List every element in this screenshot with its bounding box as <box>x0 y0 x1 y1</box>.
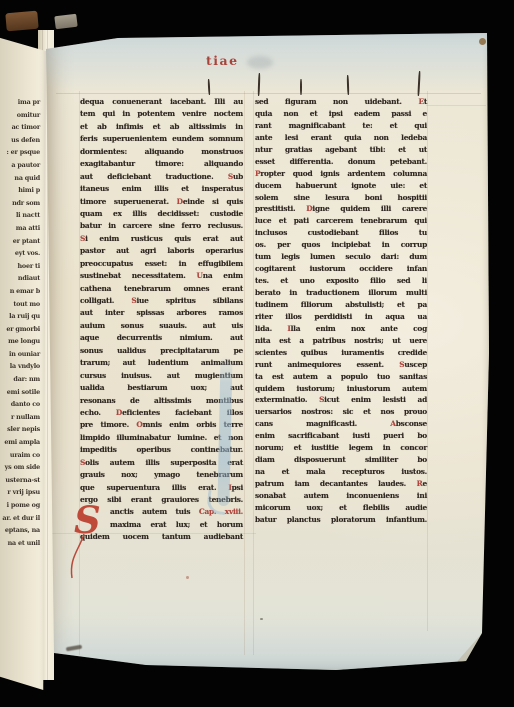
edge-text-fragment: na quid <box>0 172 44 185</box>
manuscript-line: sonabat autem inconueniens ini <box>255 490 427 502</box>
body-text: quidem uocem tantum audiebant <box>80 532 243 541</box>
body-text: cursus inuisus. aut mugientium <box>80 371 243 380</box>
body-text: luce et pati carcerem tenebrarum qui <box>255 216 427 225</box>
body-text: nita est a patribus nostris; ut uere <box>255 336 427 345</box>
body-text: ndr som <box>12 199 40 207</box>
body-text: scientes quibus iuramentis credide <box>255 348 427 357</box>
edge-text-fragment: hoer ti <box>0 260 44 273</box>
body-text: aut inter spissas arbores ramos <box>80 308 243 317</box>
body-text: ima pr <box>18 98 40 106</box>
body-text: enim sacrificabant iusti pueri bo <box>255 431 427 440</box>
body-text: micorum uox; et flebilis audie <box>255 503 427 512</box>
ascender-flourish <box>300 79 302 95</box>
body-text: riter illos perdidisti in aqua ua <box>255 312 427 321</box>
body-text: anctis autem tuis <box>110 507 199 516</box>
body-text: dormientes: aliquando monstruos <box>80 147 243 156</box>
body-text: in ouniar <box>9 350 40 358</box>
body-text: er ptant <box>13 237 40 245</box>
body-text: exterminatio. <box>255 395 319 404</box>
body-text: sonus ualidus precipitatarum pe <box>80 346 243 355</box>
edge-text-fragment: dar: nm <box>0 373 44 386</box>
manuscript-line: exagitabantur timore: aliquando <box>80 158 243 170</box>
edge-text-fragment: : er psque <box>0 146 44 159</box>
edge-text-fragment: me longu <box>0 335 44 348</box>
ruling-line <box>426 105 486 106</box>
manuscript-line: aut inter spissas arbores ramos <box>80 307 243 319</box>
manuscript-page: tiae dequa conuenerant iacebant. Illi au… <box>46 33 489 671</box>
body-text: r vrij ipsu <box>7 488 40 496</box>
body-text: me longu <box>8 337 40 345</box>
body-text: sed figuram non uidebant. <box>255 97 418 106</box>
manuscript-line: feris superuenientem eundem somnum <box>80 133 243 145</box>
body-text: himi p <box>18 186 40 194</box>
body-text: exagitabantur timore: aliquando <box>80 159 243 168</box>
body-text: quidem iustorum; iniustorum autem <box>255 384 427 393</box>
parchment-speck <box>186 576 189 579</box>
body-text: ys om side <box>5 463 40 471</box>
edge-text-fragment: n emar b <box>0 285 44 298</box>
body-text: : er psque <box>7 148 41 156</box>
body-text: prestitisti. <box>255 204 306 213</box>
ruling-line <box>427 91 428 631</box>
running-head: tiae <box>206 53 239 68</box>
manuscript-line: preoccupatus esset: in effugibilem <box>80 258 243 270</box>
body-text: r nullam <box>11 413 40 421</box>
parchment-sheen-bottom <box>46 616 489 671</box>
body-text: aut deficiebant traductione. <box>80 172 228 181</box>
edge-text-fragment: r nullam <box>0 411 44 424</box>
body-text: e <box>423 479 427 488</box>
edge-text-fragment: ar. et dur il <box>0 512 44 525</box>
ruling-line <box>253 91 254 655</box>
body-text: emi sotile <box>7 388 40 396</box>
body-text: ropter quod ignis ardentem columna <box>260 169 427 178</box>
body-text: quam ex illis decidisset: custodie <box>80 209 243 218</box>
body-text: la ruij qu <box>9 312 40 320</box>
manuscript-line: nita est a patribus nostris; ut uere <box>255 335 427 347</box>
manuscript-line: dequa conuenerant iacebant. Illi au <box>80 96 243 108</box>
body-text: ualida bestiarum uox; aut <box>80 383 243 392</box>
ruling-line <box>244 91 245 655</box>
manuscript-line: riter illos perdidisti in aqua ua <box>255 311 427 323</box>
body-text: na et unil <box>8 539 40 547</box>
body-text: tout mo <box>13 300 40 308</box>
body-text: na enim <box>203 271 243 280</box>
body-text: igne quidem illi carere <box>312 204 427 213</box>
body-text: et ab infimis et ab altissimis in <box>80 122 243 131</box>
body-text: tudinem filiorum abstulisti; et pa <box>255 300 427 309</box>
manuscript-line: uersarios nostros: sic et nos prouo <box>255 406 427 418</box>
body-text: pastor aut agri laboris operarius <box>80 246 243 255</box>
edge-text-fragment: ac timor <box>0 121 44 134</box>
manuscript-line: ducem habuerunt ignote uie: et <box>255 180 427 192</box>
edge-text-fragment: ma atti <box>0 222 44 235</box>
body-text: uersarios nostros: sic et nos prouo <box>255 407 427 416</box>
dog-ear-fold <box>454 631 484 665</box>
body-text: tem qui in potentem venire noctem <box>80 109 243 118</box>
edge-text-fragment: la vndylo <box>0 360 44 373</box>
edge-text-fragment: la ruij qu <box>0 310 44 323</box>
manuscript-line: cogitarent iustorum occidere infan <box>255 263 427 275</box>
edge-text-fragment: ndiaut <box>0 272 44 285</box>
body-text: trarum; aut ludentium animalium <box>80 358 243 367</box>
text-column-right: sed figuram non uidebant. Etquia non et … <box>255 96 427 526</box>
edge-text-fragment: r vrij ipsu <box>0 486 44 499</box>
body-text: us defen <box>11 136 40 144</box>
manuscript-line: pastor aut agri laboris operarius <box>80 245 243 257</box>
edge-text-fragment: ima pr <box>0 96 44 109</box>
body-text: ub <box>233 172 243 181</box>
body-text: solem sine lesura boni hospitii <box>255 193 427 202</box>
dog-ear-notch <box>469 650 494 670</box>
body-text: quia non et ipsi eadem passi e <box>255 109 427 118</box>
body-text: os. per quos incipiebat in corrup <box>255 240 427 249</box>
edge-text-fragment: er gmorbi <box>0 323 44 336</box>
parchment-stain <box>479 38 486 45</box>
edge-text-fragment: omitur <box>0 109 44 122</box>
body-text: lla enim nox ante cog <box>291 324 427 333</box>
body-text: i pome og <box>7 501 40 509</box>
manuscript-line: inclusos custodiebant filios tu <box>255 227 427 239</box>
manuscript-line: lida. Illa enim nox ante cog <box>255 323 427 335</box>
edge-text-fragment: er ptant <box>0 235 44 248</box>
column-right-lines: sed figuram non uidebant. Etquia non et … <box>255 96 427 526</box>
manuscript-line: solem sine lesura boni hospitii <box>255 192 427 204</box>
manuscript-line: Si enim rusticus quis erat aut <box>80 233 243 245</box>
body-text: dequa conuenerant iacebant. Illi au <box>80 97 243 106</box>
manuscript-line: sustinebat necessitatem. Una enim <box>80 270 243 282</box>
edge-text-fragment: sler nepis <box>0 423 44 436</box>
body-text: la vndylo <box>10 362 40 370</box>
show-through-smudge <box>247 56 273 69</box>
body-text: batur planctus ploratorum infantium. <box>255 515 427 524</box>
manuscript-line: exterminatio. Sicut enim lesisti ad <box>255 394 427 406</box>
edge-text-fragment: ys om side <box>0 461 44 474</box>
body-text: ntur gratias agebant tibi: et ut <box>255 145 427 154</box>
body-text: echo. <box>80 408 116 417</box>
body-text: preoccupatus esset: in effugibilem <box>80 259 243 268</box>
body-text: iue spiritus sibilans <box>136 296 243 305</box>
body-text: i enim rusticus quis erat aut <box>85 234 243 243</box>
manuscript-line: sed figuram non uidebant. Et <box>255 96 427 108</box>
edge-text-fragment: emi sotile <box>0 386 44 399</box>
body-text: dar: nm <box>13 375 40 383</box>
body-text: runt animequiores essent. <box>255 360 399 369</box>
body-text: batur in carcere sine ferro reclusus. <box>80 221 243 230</box>
manuscript-line: na et mala recepturos iustos. <box>255 466 427 478</box>
edge-text-fragment: eptans, na <box>0 524 44 537</box>
body-text: maxima erat lux; et horum <box>110 520 243 529</box>
manuscript-line: itaneus enim illis et insperatus <box>80 183 243 195</box>
body-text: li nactt <box>16 211 40 219</box>
manuscript-line: sonus ualidus precipitatarum pe <box>80 345 243 357</box>
edge-text-fragment: tout mo <box>0 298 44 311</box>
body-text: aque decurrentis nimium. aut <box>80 333 243 342</box>
body-text: berato in traductionem illorum multi <box>255 288 427 297</box>
manuscript-line: patrum iam decantantes laudes. Re <box>255 478 427 490</box>
manuscript-line: batur planctus ploratorum infantium. <box>255 514 427 526</box>
body-text: n emar b <box>10 287 40 295</box>
body-text: ante lesi erant quia non ledeba <box>255 133 427 142</box>
manuscript-line: ntur gratias agebant tibi: et ut <box>255 144 427 156</box>
body-text: colligati. <box>80 296 131 305</box>
body-text: cans magnificasti. <box>255 419 390 428</box>
body-text: uraim co <box>10 451 40 459</box>
edge-text-fragment: li nactt <box>0 209 44 222</box>
manuscript-line: diam disposuerunt similiter bo <box>255 454 427 466</box>
body-text: emi ampla <box>4 438 40 446</box>
body-text: auium sonus suauis. aut uis <box>80 321 243 330</box>
manuscript-line: cans magnificasti. Absconse <box>255 418 427 430</box>
body-text: t <box>424 97 427 106</box>
edge-text-fragment: emi ampla <box>0 436 44 449</box>
facing-page-text-edge: ima promiturac timorus defen: er psquea … <box>0 28 46 690</box>
edge-text-fragment: himi p <box>0 184 44 197</box>
edge-text-fragment: uraim co <box>0 449 44 462</box>
body-text: er gmorbi <box>6 325 40 333</box>
binding-spine <box>5 11 38 32</box>
body-text: danto co <box>11 400 40 408</box>
body-text: tes. et uno exposito filio sed li <box>255 276 427 285</box>
body-text: que superuentura illis erat. <box>80 483 228 492</box>
manuscript-line: et ab infimis et ab altissimis in <box>80 121 243 133</box>
body-text: timore superuenerat. <box>80 197 177 206</box>
manuscript-line: os. per quos incipiebat in corrup <box>255 239 427 251</box>
body-text: ta est autem a populo tuo sanitas <box>255 372 427 381</box>
body-text: itaneus enim illis et insperatus <box>80 184 243 193</box>
body-text: ar. et dur il <box>2 514 40 522</box>
initial-flourish <box>64 532 88 580</box>
body-text: sler nepis <box>7 425 40 433</box>
manuscript-line: tudinem filiorum abstulisti; et pa <box>255 299 427 311</box>
body-text: eptans, na <box>5 526 40 534</box>
body-text: resonans de altissimis montibus <box>80 396 243 405</box>
body-text: hoer ti <box>17 262 40 270</box>
manuscript-line: auium sonus suauis. aut uis <box>80 320 243 332</box>
manuscript-line: batur in carcere sine ferro reclusus. <box>80 220 243 232</box>
manuscript-line: berato in traductionem illorum multi <box>255 287 427 299</box>
manuscript-line: colligati. Siue spiritus sibilans <box>80 295 243 307</box>
manuscript-line: esset differentia. donum petebant. <box>255 156 427 168</box>
body-text: sonabat autem inconueniens ini <box>255 491 427 500</box>
binding-clasp <box>54 14 77 30</box>
edge-text-fragment: us defen <box>0 134 44 147</box>
body-text: bsconse <box>396 419 427 428</box>
manuscript-line: norum; et iustitie legem in concor <box>255 442 427 454</box>
manuscript-line: cursus inuisus. aut mugientium <box>80 370 243 382</box>
body-text: feris superuenientem eundem somnum <box>80 134 243 143</box>
manuscript-line: aque decurrentis nimium. aut <box>80 332 243 344</box>
manuscript-line: prestitisti. Digne quidem illi carere <box>255 203 427 215</box>
body-text: usterna-st <box>5 476 40 484</box>
manuscript-line: micorum uox; et flebilis audie <box>255 502 427 514</box>
parchment-speck <box>260 618 263 620</box>
edge-text-fragment: na et unil <box>0 537 44 550</box>
body-text: eyt vos. <box>15 249 40 257</box>
body-text: ducem habuerunt ignote uie: et <box>255 181 427 190</box>
manuscript-line: Propter quod ignis ardentem columna <box>255 168 427 180</box>
manuscript-line: rant magnificabant te: et qui <box>255 120 427 132</box>
body-text: icut enim lesisti ad <box>324 395 427 404</box>
body-text: inclusos custodiebant filios tu <box>255 228 427 237</box>
edge-text-fragment: in ouniar <box>0 348 44 361</box>
edge-text-fragment: danto co <box>0 398 44 411</box>
body-text: tum legis lumen seculo dari: dum <box>255 252 427 261</box>
manuscript-line: enim sacrificabant iusti pueri bo <box>255 430 427 442</box>
manuscript-line: dormientes: aliquando monstruos <box>80 146 243 158</box>
manuscript-line: ualida bestiarum uox; aut <box>80 382 243 394</box>
manuscript-line: ta est autem a populo tuo sanitas <box>255 371 427 383</box>
manuscript-line: aut deficiebant traductione. Sub <box>80 171 243 183</box>
body-text: norum; et iustitie legem in concor <box>255 443 427 452</box>
manuscript-line: quia non et ipsi eadem passi e <box>255 108 427 120</box>
body-text: esset differentia. donum petebant. <box>255 157 427 166</box>
manuscript-line: quidem uocem tantum audiebant <box>80 531 243 543</box>
manuscript-line: tes. et uno exposito filio sed li <box>255 275 427 287</box>
body-text: na et mala recepturos iustos. <box>255 467 427 476</box>
manuscript-line: quidem iustorum; iniustorum autem <box>255 383 427 395</box>
body-text: rant magnificabant te: et qui <box>255 121 427 130</box>
body-text: na quid <box>14 174 40 182</box>
manuscript-line: timore superuenerat. Deinde si quis <box>80 196 243 208</box>
manuscript-line: tum legis lumen seculo dari: dum <box>255 251 427 263</box>
edge-text-fragment: usterna-st <box>0 474 44 487</box>
body-text: omitur <box>17 111 40 119</box>
edge-text-fragment: a pautor <box>0 159 44 172</box>
body-text: psi <box>232 483 243 492</box>
manuscript-line: runt animequiores essent. Suscep <box>255 359 427 371</box>
body-text: uscep <box>404 360 427 369</box>
facing-page-line-ends: ima promiturac timorus defen: er psquea … <box>0 96 44 576</box>
manuscript-line: luce et pati carcerem tenebrarum qui <box>255 215 427 227</box>
manuscript-line: maxima erat lux; et horum <box>80 519 243 531</box>
manuscript-line: trarum; aut ludentium animalium <box>80 357 243 369</box>
manuscript-line: scientes quibus iuramentis credide <box>255 347 427 359</box>
manuscript-line: cathena tenebrarum omnes erant <box>80 283 243 295</box>
body-text: ndiaut <box>18 274 40 282</box>
body-text: diam disposuerunt similiter bo <box>255 455 427 464</box>
manuscript-photo: ima promiturac timorus defen: er psquea … <box>0 0 514 707</box>
body-text: cathena tenebrarum omnes erant <box>80 284 243 293</box>
body-text: ac timor <box>12 123 40 131</box>
manuscript-line: tem qui in potentem venire noctem <box>80 108 243 120</box>
body-text: a pautor <box>11 161 40 169</box>
body-text: einde si quis <box>183 197 243 206</box>
manuscript-line: quam ex illis decidisset: custodie <box>80 208 243 220</box>
body-text: ma atti <box>16 224 40 232</box>
body-text: sustinebat necessitatem. <box>80 271 197 280</box>
body-text: lida. <box>255 324 287 333</box>
edge-text-fragment: ndr som <box>0 197 44 210</box>
edge-text-fragment: eyt vos. <box>0 247 44 260</box>
edge-text-fragment: i pome og <box>0 499 44 512</box>
body-text: cogitarent iustorum occidere infan <box>255 264 427 273</box>
body-text: patrum iam decantantes laudes. <box>255 479 417 488</box>
manuscript-line: ante lesi erant quia non ledeba <box>255 132 427 144</box>
body-text: pre timore. <box>80 420 136 429</box>
